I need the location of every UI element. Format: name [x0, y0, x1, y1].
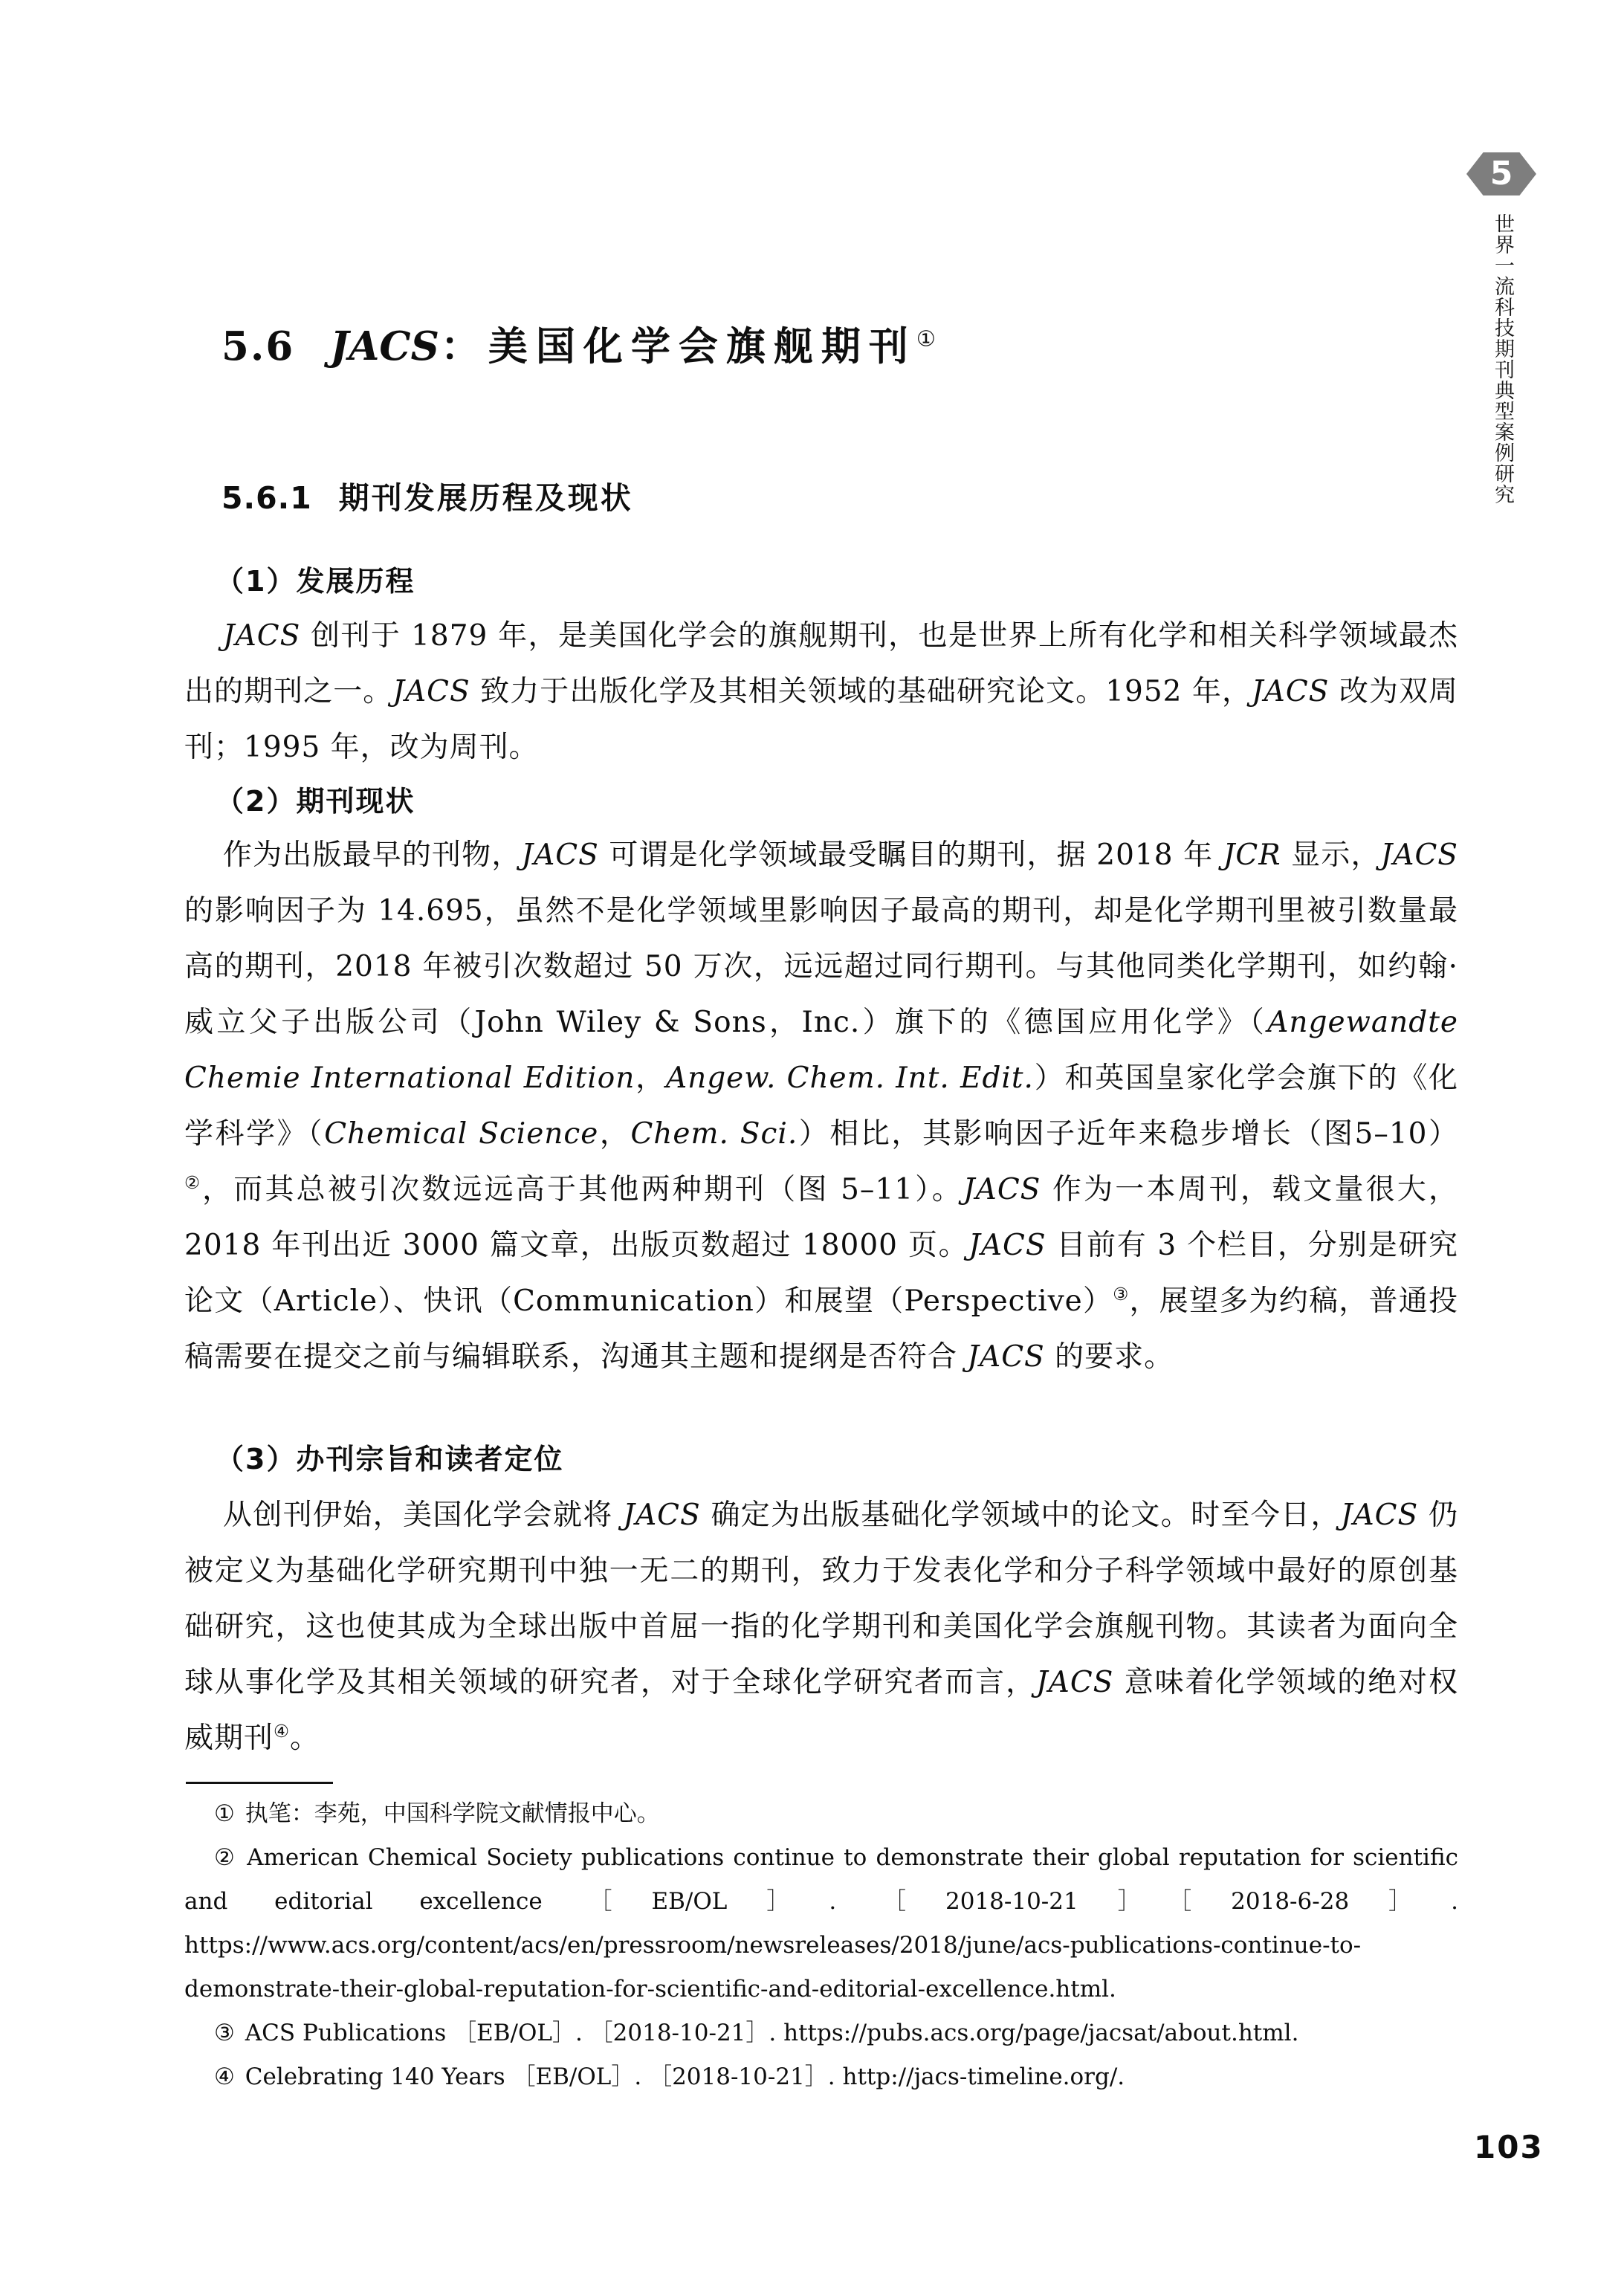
footnote-2-text: American Chemical Society publications c… [184, 1844, 1458, 2003]
heading-journal-status: （2）期刊现状 [216, 785, 415, 819]
section-number: 5.6 [221, 323, 294, 369]
footnote-3: ③ACS Publications ［EB/OL］. ［2018-10-21］.… [184, 2011, 1458, 2055]
subsection-title-text: 期刊发展历程及现状 [339, 480, 633, 516]
section-title: 5.6JACS：美国化学会旗舰期刊① [221, 324, 936, 369]
footnotes: ①执笔：李苑，中国科学院文献情报中心。 ②American Chemical S… [184, 1792, 1458, 2099]
subsection-title: 5.6.1期刊发展历程及现状 [221, 480, 633, 517]
footnote-1: ①执笔：李苑，中国科学院文献情报中心。 [184, 1792, 1458, 1836]
page-number: 103 [1474, 2132, 1544, 2163]
footnote-1-text: 执笔：李苑，中国科学院文献情报中心。 [245, 1800, 660, 1827]
title-footnote-ref: ① [916, 326, 936, 351]
paragraph-development-history: JACS 创刊于 1879 年，是美国化学会的旗舰期刊，也是世界上所有化学和相关… [184, 608, 1458, 775]
chapter-number: 5 [1490, 158, 1513, 190]
footnote-3-text: ACS Publications ［EB/OL］. ［2018-10-21］. … [245, 2020, 1299, 2046]
footnote-3-marker: ③ [214, 2020, 235, 2046]
heading-development-history: （1）发展历程 [216, 565, 415, 599]
subsection-number: 5.6.1 [221, 480, 312, 516]
footnote-4: ④Celebrating 140 Years ［EB/OL］. ［2018-10… [184, 2055, 1458, 2099]
footnote-2: ②American Chemical Society publications … [184, 1836, 1458, 2011]
footnote-separator [186, 1782, 333, 1784]
paragraph-journal-status: 作为出版最早的刊物，JACS 可谓是化学领域最受瞩目的期刊，据 2018 年 J… [184, 827, 1458, 1385]
chapter-badge: 5 [1466, 152, 1536, 195]
footnote-4-text: Celebrating 140 Years ［EB/OL］. ［2018-10-… [245, 2063, 1125, 2090]
sidebar-vertical-title: 世界一流科技期刊典型案例研究 [1488, 213, 1517, 505]
paragraph-mission-readers: 从创刊伊始，美国化学会就将 JACS 确定为出版基础化学领域中的论文。时至今日，… [184, 1487, 1458, 1766]
heading-mission-readers: （3）办刊宗旨和读者定位 [216, 1443, 563, 1477]
section-title-text: ：美国化学会旗舰期刊 [441, 323, 916, 369]
journal-abbreviation: JACS [330, 323, 439, 369]
footnote-1-marker: ① [214, 1800, 235, 1827]
footnote-2-marker: ② [214, 1844, 236, 1871]
footnote-4-marker: ④ [214, 2063, 235, 2090]
book-page: 5 世界一流科技期刊典型案例研究 5.6JACS：美国化学会旗舰期刊① 5.6.… [0, 0, 1624, 2282]
